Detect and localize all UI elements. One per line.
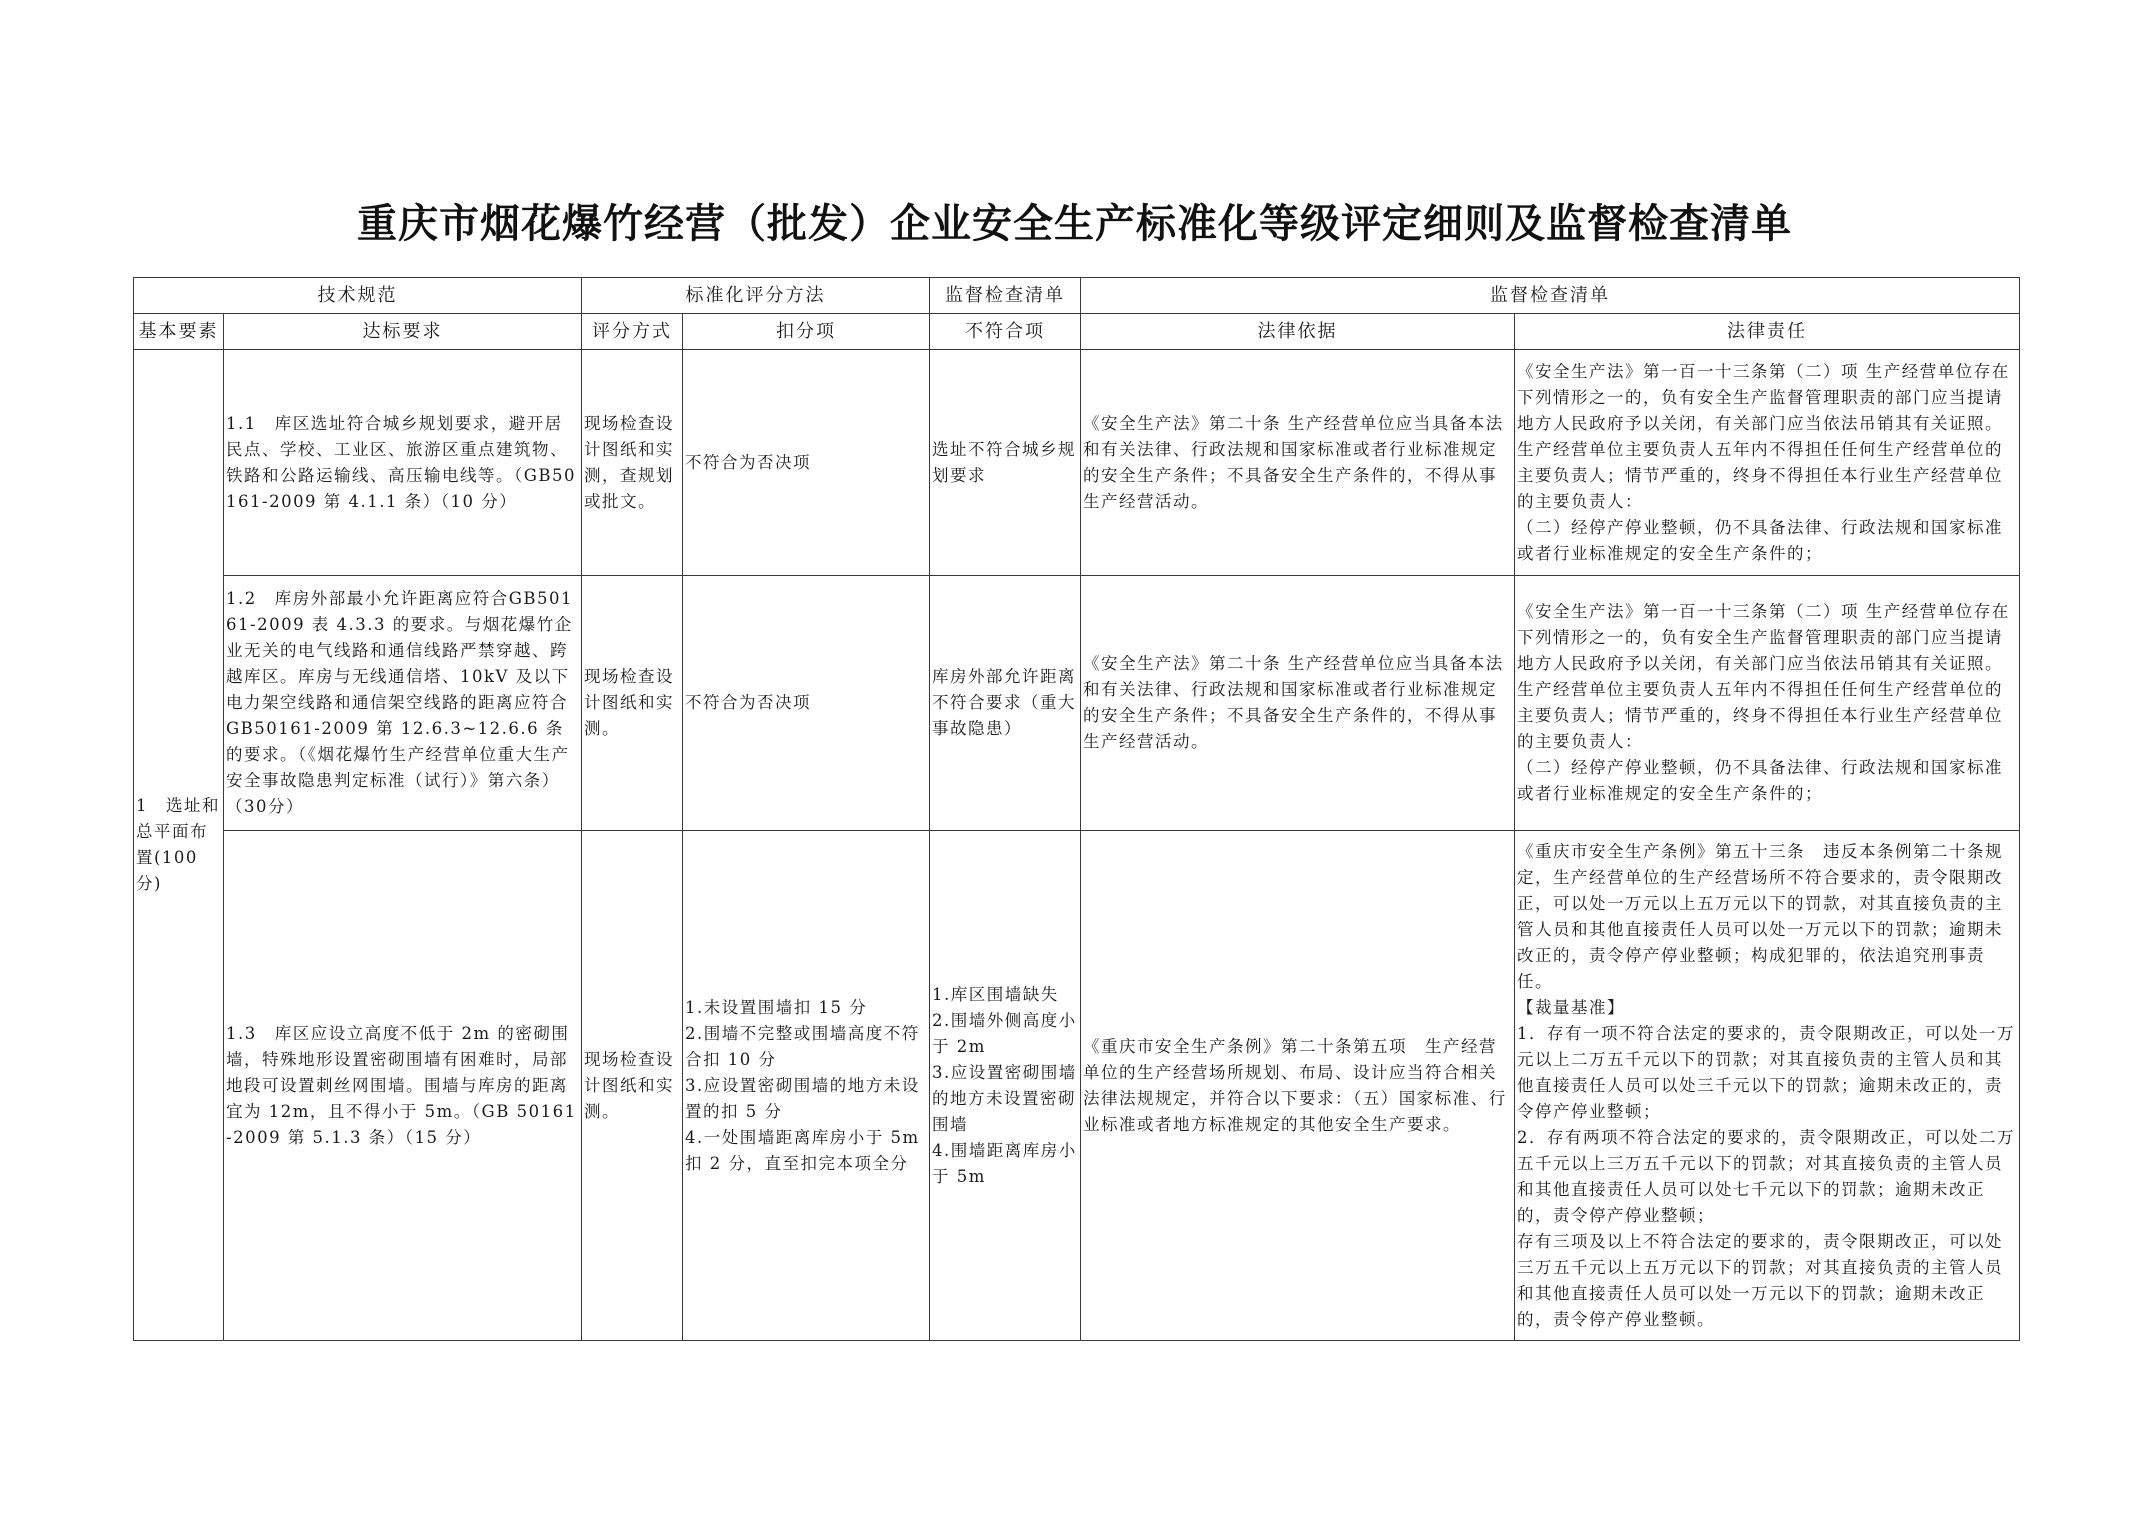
col-legal-basis: 法律依据	[1081, 314, 1515, 350]
document-title: 重庆市烟花爆竹经营（批发）企业安全生产标准化等级评定细则及监督检查清单	[0, 192, 2149, 249]
nonconformity-cell: 库房外部允许距离不符合要求（重大事故隐患）	[930, 576, 1081, 831]
header-group-row: 技术规范 标准化评分方法 监督检查清单 监督检查清单	[134, 278, 2020, 314]
col-basic-element: 基本要素	[134, 314, 224, 350]
legal-liability-cell: 《重庆市安全生产条例》第五十三条 违反本条例第二十条规定，生产经营单位的生产经营…	[1515, 831, 2020, 1341]
legal-basis-cell: 《安全生产法》第二十条 生产经营单位应当具备本法和有关法律、行政法规和国家标准或…	[1081, 576, 1515, 831]
header-checklist-b: 监督检查清单	[1081, 278, 2020, 314]
table-row: 1 选址和总平面布置(100分) 1.1 库区选址符合城乡规划要求，避开居民点、…	[134, 350, 2020, 576]
legal-liability-cell: 《安全生产法》第一百一十三条第（二）项 生产经营单位存在下列情形之一的，负有安全…	[1515, 576, 2020, 831]
nonconformity-cell: 选址不符合城乡规划要求	[930, 350, 1081, 576]
basic-element-cell: 1 选址和总平面布置(100分)	[134, 350, 224, 1341]
deduction-cell: 不符合为否决项	[683, 350, 930, 576]
scoring-mode-cell: 现场检查设计图纸和实测。	[582, 831, 683, 1341]
nonconformity-cell: 1.库区围墙缺失 2.围墙外侧高度小于 2m 3.应设置密砌围墙的地方未设置密砌…	[930, 831, 1081, 1341]
header-checklist-a: 监督检查清单	[930, 278, 1081, 314]
header-scoring-method: 标准化评分方法	[582, 278, 930, 314]
legal-basis-cell: 《安全生产法》第二十条 生产经营单位应当具备本法和有关法律、行政法规和国家标准或…	[1081, 350, 1515, 576]
col-legal-liability: 法律责任	[1515, 314, 2020, 350]
scoring-mode-cell: 现场检查设计图纸和实测，查规划或批文。	[582, 350, 683, 576]
deduction-cell: 不符合为否决项	[683, 576, 930, 831]
scoring-mode-cell: 现场检查设计图纸和实测。	[582, 576, 683, 831]
requirement-cell: 1.3 库区应设立高度不低于 2m 的密砌围墙，特殊地形设置密砌围墙有困难时，局…	[224, 831, 582, 1341]
checklist-table: 技术规范 标准化评分方法 监督检查清单 监督检查清单 基本要素 达标要求 评分方…	[133, 277, 2020, 1341]
legal-liability-cell: 《安全生产法》第一百一十三条第（二）项 生产经营单位存在下列情形之一的，负有安全…	[1515, 350, 2020, 576]
requirement-cell: 1.2 库房外部最小允许距离应符合GB50161-2009 表 4.3.3 的要…	[224, 576, 582, 831]
header-tech-spec: 技术规范	[134, 278, 582, 314]
col-requirement: 达标要求	[224, 314, 582, 350]
col-scoring-mode: 评分方式	[582, 314, 683, 350]
requirement-cell: 1.1 库区选址符合城乡规划要求，避开居民点、学校、工业区、旅游区重点建筑物、铁…	[224, 350, 582, 576]
table-row: 1.3 库区应设立高度不低于 2m 的密砌围墙，特殊地形设置密砌围墙有困难时，局…	[134, 831, 2020, 1341]
deduction-cell: 1.未设置围墙扣 15 分 2.围墙不完整或围墙高度不符合扣 10 分 3.应设…	[683, 831, 930, 1341]
table-row: 1.2 库房外部最小允许距离应符合GB50161-2009 表 4.3.3 的要…	[134, 576, 2020, 831]
col-nonconformity: 不符合项	[930, 314, 1081, 350]
col-deduction: 扣分项	[683, 314, 930, 350]
legal-basis-cell: 《重庆市安全生产条例》第二十条第五项 生产经营单位的生产经营场所规划、布局、设计…	[1081, 831, 1515, 1341]
header-column-row: 基本要素 达标要求 评分方式 扣分项 不符合项 法律依据 法律责任	[134, 314, 2020, 350]
